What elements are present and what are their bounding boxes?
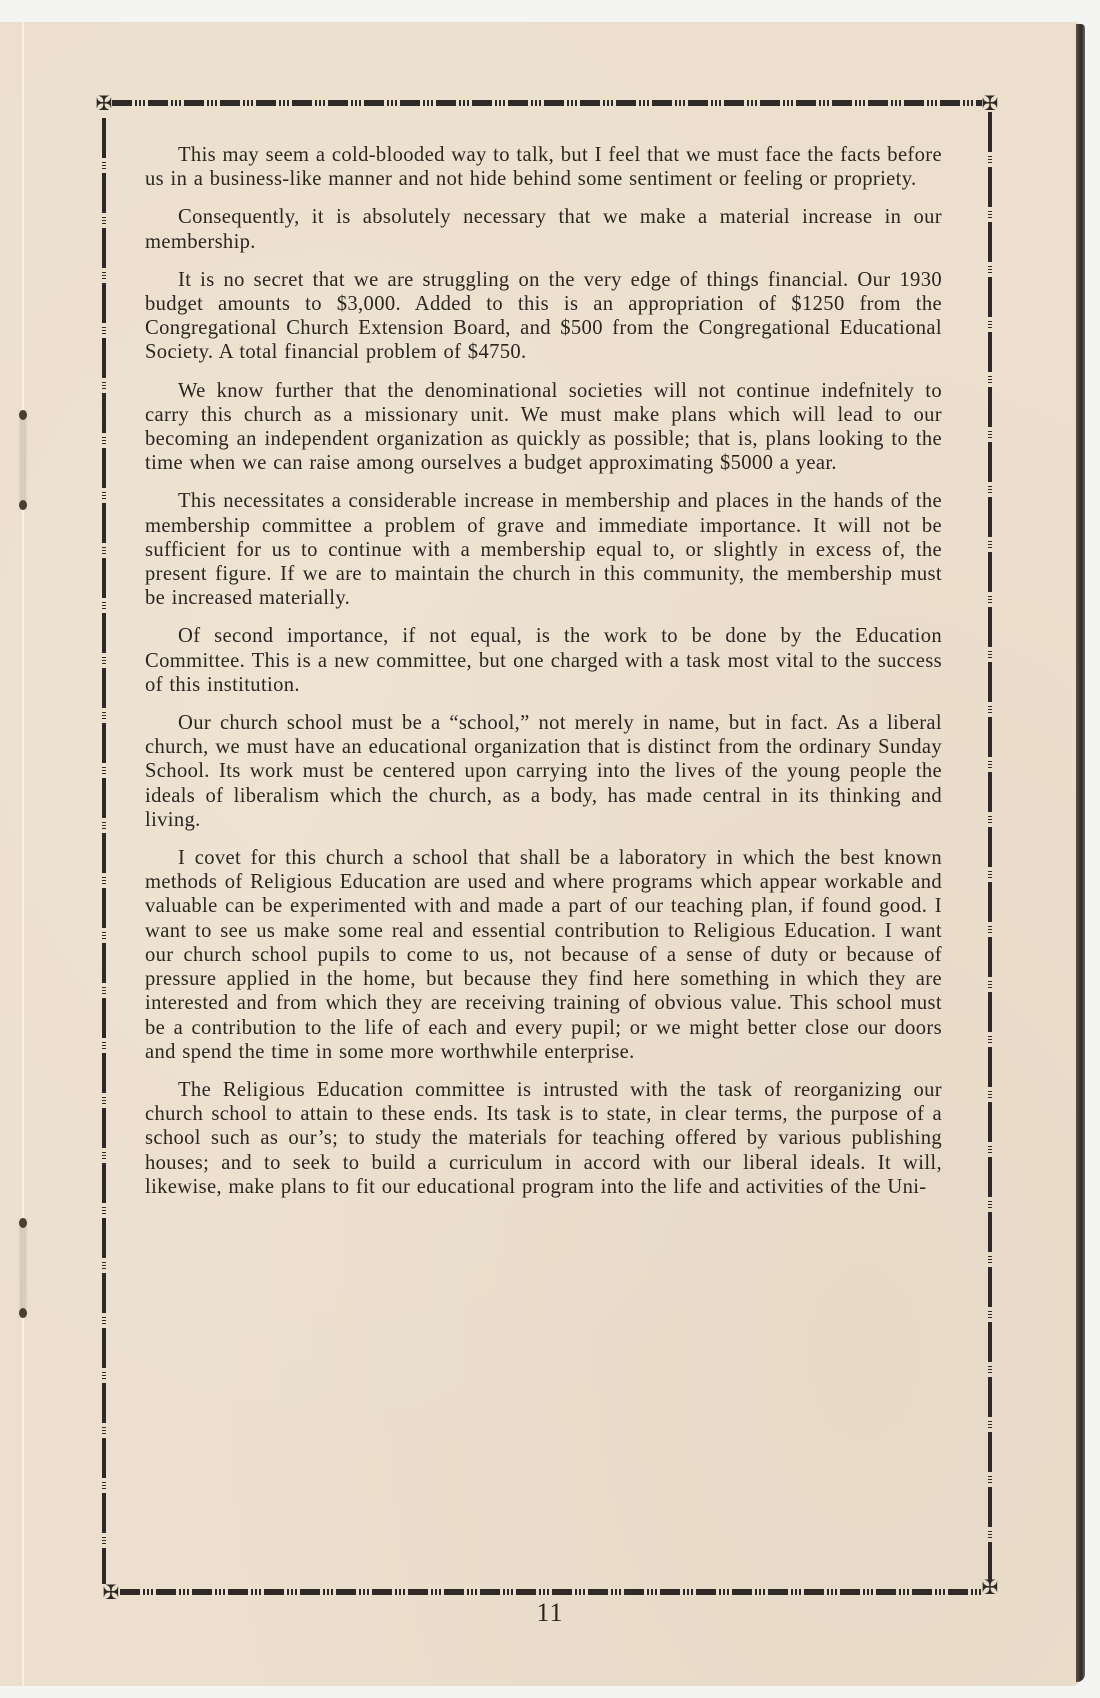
staple-mark	[18, 1218, 28, 1318]
paragraph: Consequently, it is absolutely necessary…	[145, 205, 942, 253]
staple-mark	[18, 410, 28, 510]
body-text: This may seem a cold-blooded way to talk…	[145, 143, 942, 1213]
paragraph: Of second importance, if not equal, is t…	[145, 624, 942, 697]
cross-ornament-icon: ✠	[95, 94, 113, 112]
cross-ornament-icon: ✠	[981, 1578, 999, 1596]
paragraph: We know further that the denominational …	[145, 379, 942, 476]
paragraph: It is no secret that we are struggling o…	[145, 268, 942, 365]
page-number: 11	[0, 1598, 1100, 1628]
ornamental-border-bottom	[120, 1589, 982, 1595]
paragraph: This may seem a cold-blooded way to talk…	[145, 143, 942, 191]
paragraph: This necessitates a considerable increas…	[145, 489, 942, 610]
ornamental-border-top	[112, 100, 982, 106]
paragraph: The Religious Education committee is int…	[145, 1078, 942, 1199]
ornamental-border-left	[102, 118, 106, 1584]
ornamental-border-right	[988, 112, 992, 1580]
page-edge-shadow	[1076, 24, 1085, 1682]
cross-ornament-icon: ✠	[981, 94, 999, 112]
paragraph: Our church school must be a “school,” no…	[145, 711, 942, 832]
paragraph: I covet for this church a school that sh…	[145, 846, 942, 1064]
fold-line	[22, 22, 25, 1686]
